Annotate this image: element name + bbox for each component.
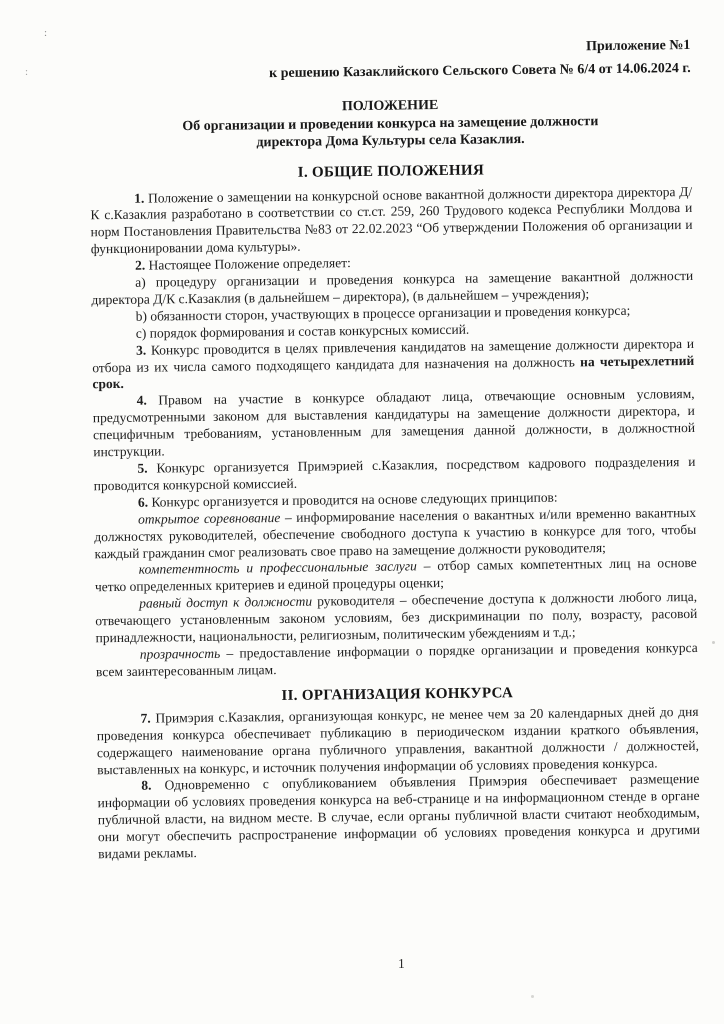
- section-1-heading: I. ОБЩИЕ ПОЛОЖЕНИЯ: [90, 159, 692, 183]
- principle-transparency: прозрачность – предоставление информации…: [96, 640, 698, 681]
- paragraph-3: 3. Конкурс проводится в целях привлечени…: [92, 336, 695, 394]
- document-title: ПОЛОЖЕНИЕ Об организации и проведении ко…: [89, 94, 692, 154]
- principle-equal-access: равный доступ к должности руководителя –…: [95, 589, 698, 647]
- paragraph-1: 1. Положение о замещении на конкурсной о…: [90, 183, 693, 258]
- section-2-heading: II. ОРГАНИЗАЦИЯ КОНКУРСА: [96, 683, 698, 707]
- principle-open-competition: открытое соревнование – информирование н…: [94, 505, 697, 563]
- page-number: 1: [398, 956, 405, 972]
- scan-speck: [531, 995, 534, 998]
- annex-block: Приложение №1 к решению Казаклийского Се…: [88, 34, 691, 87]
- document-content: Приложение №1 к решению Казаклийского Се…: [0, 0, 724, 864]
- paragraph-8: 8. Одновременно с опубликованием объявле…: [97, 771, 700, 863]
- paragraph-7: 7. Примэрия с.Казаклия, организующая кон…: [96, 704, 699, 779]
- paragraph-4: 4. Правом на участие в конкурсе обладают…: [93, 386, 696, 461]
- scanned-document-page: : : Приложение №1 к решению Казаклийског…: [0, 0, 724, 1024]
